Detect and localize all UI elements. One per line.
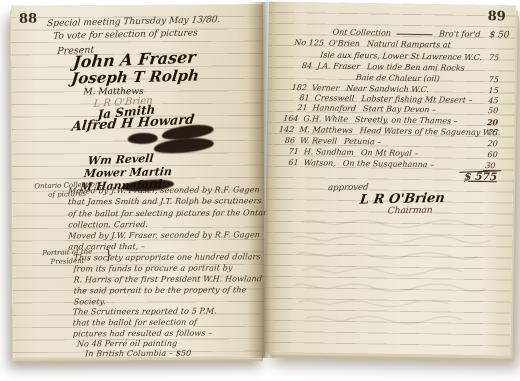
- minutes-line: from its funds to procure a portrait by: [73, 263, 233, 273]
- minutes-line: In British Columbia – $50: [85, 349, 192, 359]
- entry-price: 15: [488, 86, 499, 95]
- entry-title: Lobster fishing Mt Desert –: [361, 94, 473, 105]
- dash-rule: [397, 33, 433, 35]
- entry-price: 60: [487, 150, 498, 159]
- entry-artist: Cresswell: [314, 93, 354, 103]
- entry-title: Petunia –: [344, 137, 382, 147]
- carried-forward-label: Ont Collection: [332, 28, 391, 38]
- entry-number: 71: [288, 147, 299, 156]
- left-page: 88 Special meeting Thursday May 13/80. T…: [11, 4, 265, 358]
- minutes-line: that James Smith and J.T. Rolph be scrut…: [68, 196, 262, 206]
- entry-number: 81: [299, 93, 310, 102]
- minutes-line: and carried that, –: [68, 242, 146, 251]
- entry-title: On the Susquehanna –: [342, 159, 434, 169]
- minutes-line: Society.: [73, 297, 106, 306]
- entry-price: 75: [487, 128, 498, 137]
- entry-title: Head Waters of the Saguenay W.C.: [359, 126, 501, 137]
- entry-artist: O'Brien: [329, 39, 361, 48]
- entry-title: Natural Ramparts at: [367, 39, 452, 49]
- entry-price: 20: [487, 117, 499, 127]
- entry-price: 50: [488, 106, 499, 115]
- entry-price: 75: [489, 53, 500, 62]
- entry-price: 45: [488, 96, 499, 105]
- signature: Joseph T Rolph: [70, 66, 200, 87]
- entry-number: 142: [279, 125, 295, 134]
- entry-number: 182: [291, 83, 307, 92]
- entry-artist: Watson,: [303, 158, 336, 167]
- ledger-scan: 88 Special meeting Thursday May 13/80. T…: [0, 0, 520, 381]
- minutes-line: the said portrait to be the property of …: [73, 285, 246, 295]
- minutes-line: that the ballot for selection of: [72, 318, 197, 328]
- chairman-title: Chairman: [387, 205, 433, 216]
- ink-blot-signature: [153, 136, 214, 155]
- minutes-line: This society appropriate one hundred dol…: [73, 252, 261, 262]
- right-page: 89 Ont CollectionBro't for'd$ 50 No 125O…: [263, 2, 515, 356]
- entry-artist: Hannaford: [312, 103, 356, 113]
- entry-title: Low tide Ben ami Rocks: [367, 62, 465, 73]
- minutes-line: collection. Carried.: [68, 220, 149, 229]
- entry-number: 84: [302, 61, 313, 70]
- entry-title-line2: Isle aux fleurs, Lower St Lawrence W.C.: [320, 50, 483, 62]
- entry-price: 20: [487, 139, 498, 148]
- entry-artist: H. Sandham: [303, 147, 354, 157]
- entry-title: Start Bay Devon –: [363, 104, 437, 114]
- entry-title: Streetly, on the Thames –: [355, 115, 458, 126]
- entry-number: No 125: [294, 38, 324, 47]
- page-number-left: 88: [19, 12, 37, 27]
- minutes-line: of the ballot for selecting pictures for…: [68, 208, 275, 218]
- ink-blot-signature: [128, 133, 158, 144]
- entry-artist: Verner: [312, 83, 340, 92]
- entry-artist: G.H. White: [303, 114, 348, 124]
- entry-artist: J.A. Fraser: [317, 61, 361, 71]
- minutes-line: R. Harris of the first President W.H. Ho…: [73, 274, 262, 284]
- page-number-right: 89: [488, 9, 506, 24]
- total-amount: $ 575: [464, 171, 498, 184]
- meeting-heading-line1: Special meeting Thursday May 13/80.: [47, 15, 221, 29]
- entry-artist: W. Revell: [300, 136, 338, 146]
- minutes-line: The Scrutineers reported to 5 P.M.: [72, 307, 217, 317]
- entry-number: 86: [284, 136, 295, 145]
- entry-number: 21: [297, 103, 308, 112]
- minutes-line: No 48 Perré oil painting: [77, 339, 178, 349]
- entry-number: 164: [283, 114, 299, 123]
- minutes-line: Moved by J.W. Fraser, seconded by R.F. G…: [68, 185, 260, 195]
- minutes-line: Moved by J.W. Fraser, seconded by R.F. G…: [68, 230, 260, 240]
- meeting-heading-line2: To vote for selection of pictures: [53, 28, 198, 41]
- carried-forward-amount: $ 50: [489, 30, 510, 40]
- carried-forward-note: Bro't for'd: [439, 29, 481, 39]
- entry-price: 75: [488, 75, 499, 84]
- entry-artist: M. Matthews: [299, 125, 353, 135]
- entry-title: Near Sandwich W.C.: [346, 84, 429, 94]
- minutes-line: pictures had resulted as follows –: [73, 329, 213, 339]
- bleed-through-writing: [272, 216, 500, 338]
- entry-title-line2: Baie de Chaleur (oil): [355, 73, 440, 83]
- entry-title: On Mt Royal –: [361, 148, 419, 158]
- entry-number: 61: [288, 158, 299, 167]
